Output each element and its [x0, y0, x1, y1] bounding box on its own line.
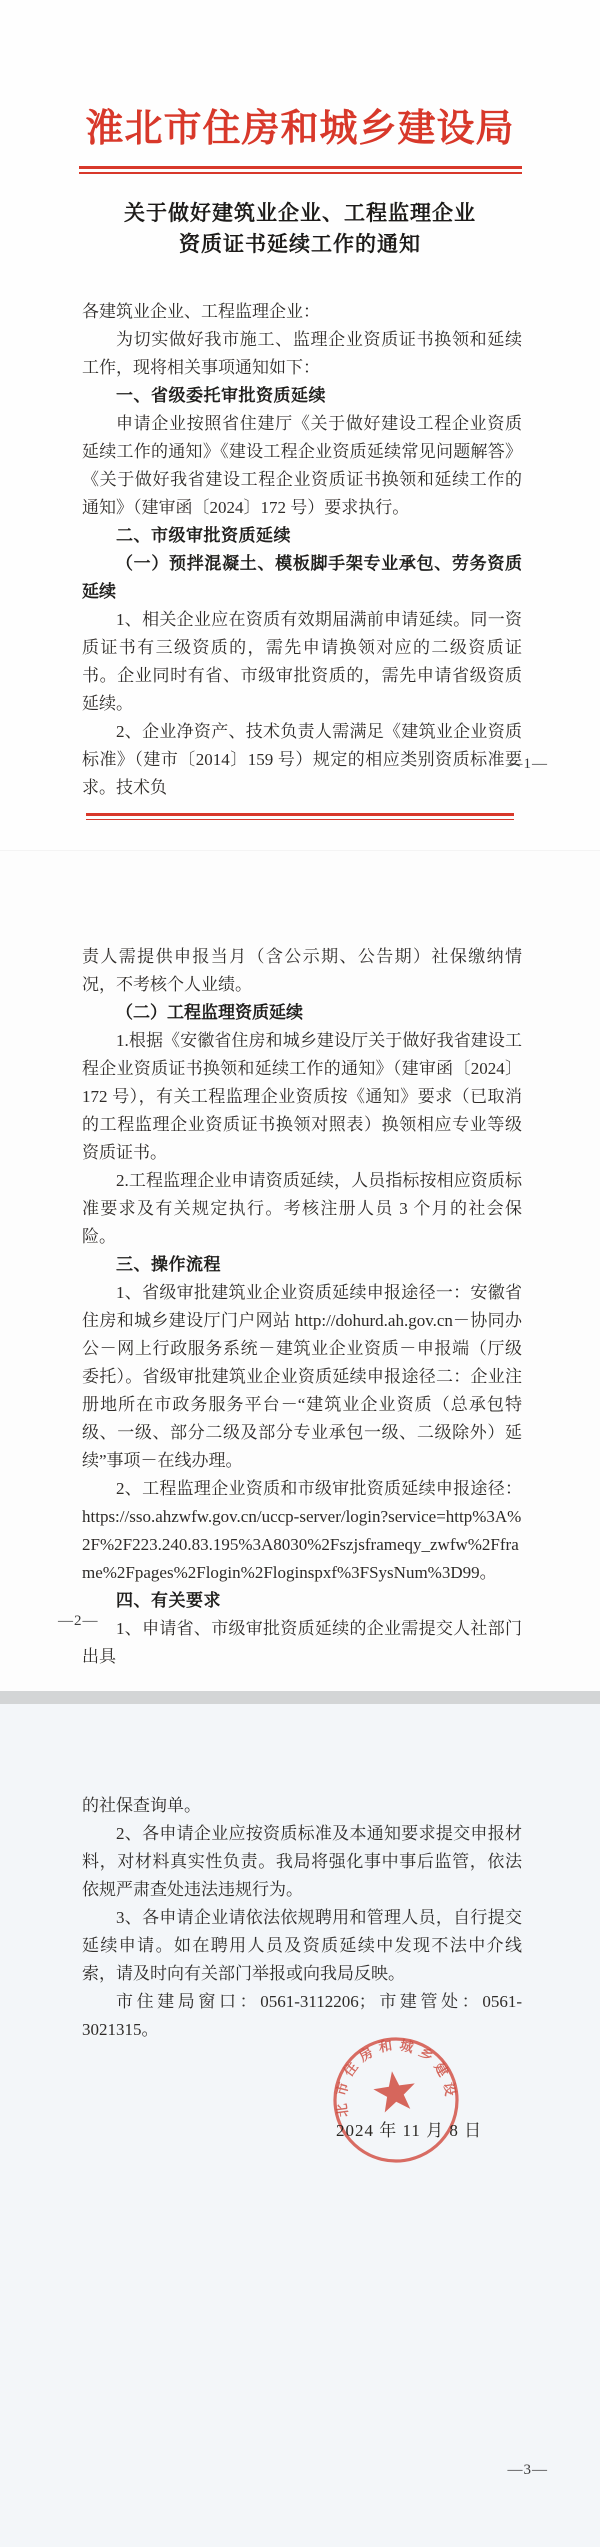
contact-phone-line: 市住建局窗口：0561-3112206；市建管处：0561-3021315。 — [82, 1988, 522, 2044]
paragraph-continuation: 责人需提供申报当月（含公示期、公告期）社保缴纳情况，不考核个人业绩。 — [82, 943, 522, 999]
paragraph: 2.工程监理企业申请资质延续，人员指标按相应资质标准要求及有关规定执行。考核注册… — [82, 1167, 522, 1251]
paragraph: 3、各申请企业请依法依规聘用和管理人员，自行提交延续申请。如在聘用人员及资质延续… — [82, 1904, 522, 1988]
paragraph-with-url: 1、省级审批建筑业企业资质延续申报途径一：安徽省住房和城乡建设厅门户网站 htt… — [82, 1279, 522, 1475]
section-heading-3: 三、操作流程 — [82, 1251, 522, 1279]
document-title-line1: 关于做好建筑业企业、工程监理企业 — [0, 198, 600, 229]
paragraph: 1.根据《安徽省住房和城乡建设厅关于做好我省建设工程企业资质证书换领和延续工作的… — [82, 1027, 522, 1167]
page3-body: 的社保查询单。 2、各申请企业应按资质标准及本通知要求提交申报材料，对材料真实性… — [82, 1704, 522, 2044]
letterhead-divider — [79, 166, 522, 174]
page-3: 的社保查询单。 2、各申请企业应按资质标准及本通知要求提交申报材料，对材料真实性… — [0, 1704, 600, 2547]
subsection-heading-2-1: （一）预拌混凝土、模板脚手架专业承包、劳务资质延续 — [82, 550, 522, 606]
issue-date: 2024 年 11 月 8 日 — [336, 2116, 482, 2141]
paragraph: 1、申请省、市级审批资质延续的企业需提交人社部门出具 — [82, 1615, 522, 1671]
seal-star-icon — [371, 2068, 418, 2113]
page1-body: 各建筑业企业、工程监理企业： 为切实做好我市施工、监理企业资质证书换领和延续工作… — [82, 298, 522, 802]
section-heading-4: 四、有关要求 — [82, 1587, 522, 1615]
paragraph: 2、各申请企业应按资质标准及本通知要求提交申报材料，对材料真实性负责。我局将强化… — [82, 1820, 522, 1904]
page-number-1: —1— — [508, 756, 549, 773]
page-2: 责人需提供申报当月（含公示期、公告期）社保缴纳情况，不考核个人业绩。 （二）工程… — [0, 850, 600, 1691]
official-seal-stamp: 淮北市住房和城乡建设局 — [319, 2023, 473, 2177]
scanned-document: 淮北市住房和城乡建设局 关于做好建筑业企业、工程监理企业 资质证书延续工作的通知… — [0, 0, 600, 2547]
paragraph: 2、企业净资产、技术负责人需满足《建筑业企业资质标准》（建市〔2014〕159 … — [82, 718, 522, 802]
paragraph-with-url: 2、工程监理企业资质和市级审批资质延续申报途径：https://sso.ahzw… — [82, 1475, 522, 1587]
subsection-heading-2-2: （二）工程监理资质延续 — [82, 999, 522, 1027]
letterhead-org-name: 淮北市住房和城乡建设局 — [0, 0, 600, 154]
salutation: 各建筑业企业、工程监理企业： — [82, 298, 522, 326]
document-title-line2: 资质证书延续工作的通知 — [0, 229, 600, 260]
page2-body: 责人需提供申报当月（含公示期、公告期）社保缴纳情况，不考核个人业绩。 （二）工程… — [82, 851, 522, 1671]
page-separator — [0, 1691, 600, 1704]
page1-footer-divider — [86, 813, 514, 820]
section-heading-2: 二、市级审批资质延续 — [82, 522, 522, 550]
paragraph: 为切实做好我市施工、监理企业资质证书换领和延续工作，现将相关事项通知如下： — [82, 326, 522, 382]
page-number-3: —3— — [508, 2462, 549, 2479]
page-1: 淮北市住房和城乡建设局 关于做好建筑业企业、工程监理企业 资质证书延续工作的通知… — [0, 0, 600, 850]
paragraph-continuation: 的社保查询单。 — [82, 1792, 522, 1820]
page-number-2: —2— — [58, 1613, 99, 1630]
document-title: 关于做好建筑业企业、工程监理企业 资质证书延续工作的通知 — [0, 198, 600, 260]
paragraph: 申请企业按照省住建厅《关于做好建设工程企业资质延续工作的通知》《建设工程企业资质… — [82, 410, 522, 522]
paragraph: 1、相关企业应在资质有效期届满前申请延续。同一资质证书有三级资质的，需先申请换领… — [82, 606, 522, 718]
section-heading-1: 一、省级委托审批资质延续 — [82, 382, 522, 410]
